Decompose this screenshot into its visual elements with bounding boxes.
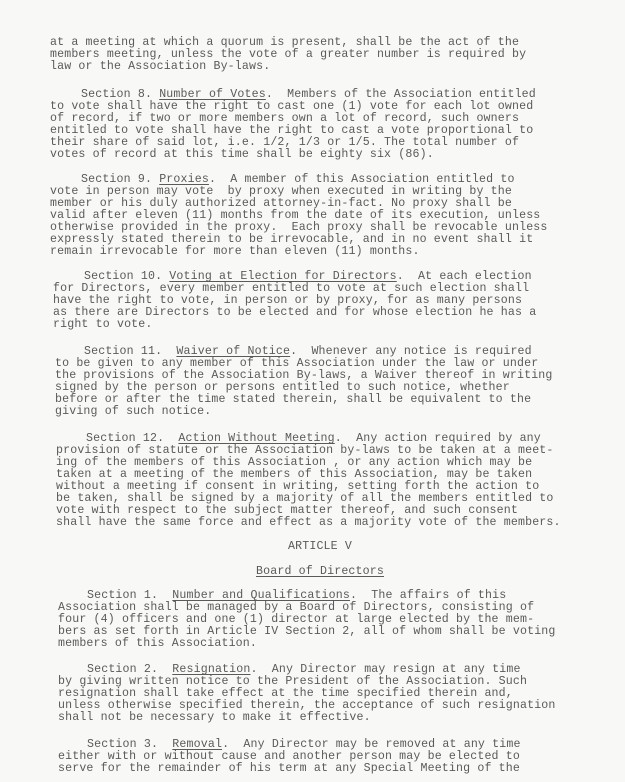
section-text-line: members of this Association. <box>58 638 257 650</box>
section-text-line: serve for the remainder of his term at a… <box>58 763 520 775</box>
section-text-line: shall have the same force and effect as … <box>56 517 561 529</box>
section-text-line: remain irrevocable for more than eleven … <box>50 246 420 258</box>
section-text-line: giving of such notice. <box>55 406 211 418</box>
intro-line: law or the Association By-laws. <box>50 61 270 73</box>
article-subheading: Board of Directors <box>0 566 625 578</box>
article-heading: ARTICLE V <box>0 541 625 553</box>
section-text-line: votes of record at this time shall be ei… <box>50 149 434 161</box>
article-subheading-text: Board of Directors <box>256 565 384 578</box>
section-text-line: right to vote. <box>53 319 153 331</box>
document-page: at a meeting at which a quorum is presen… <box>0 0 625 782</box>
section-text-line: shall not be necessary to make it effect… <box>58 712 371 724</box>
